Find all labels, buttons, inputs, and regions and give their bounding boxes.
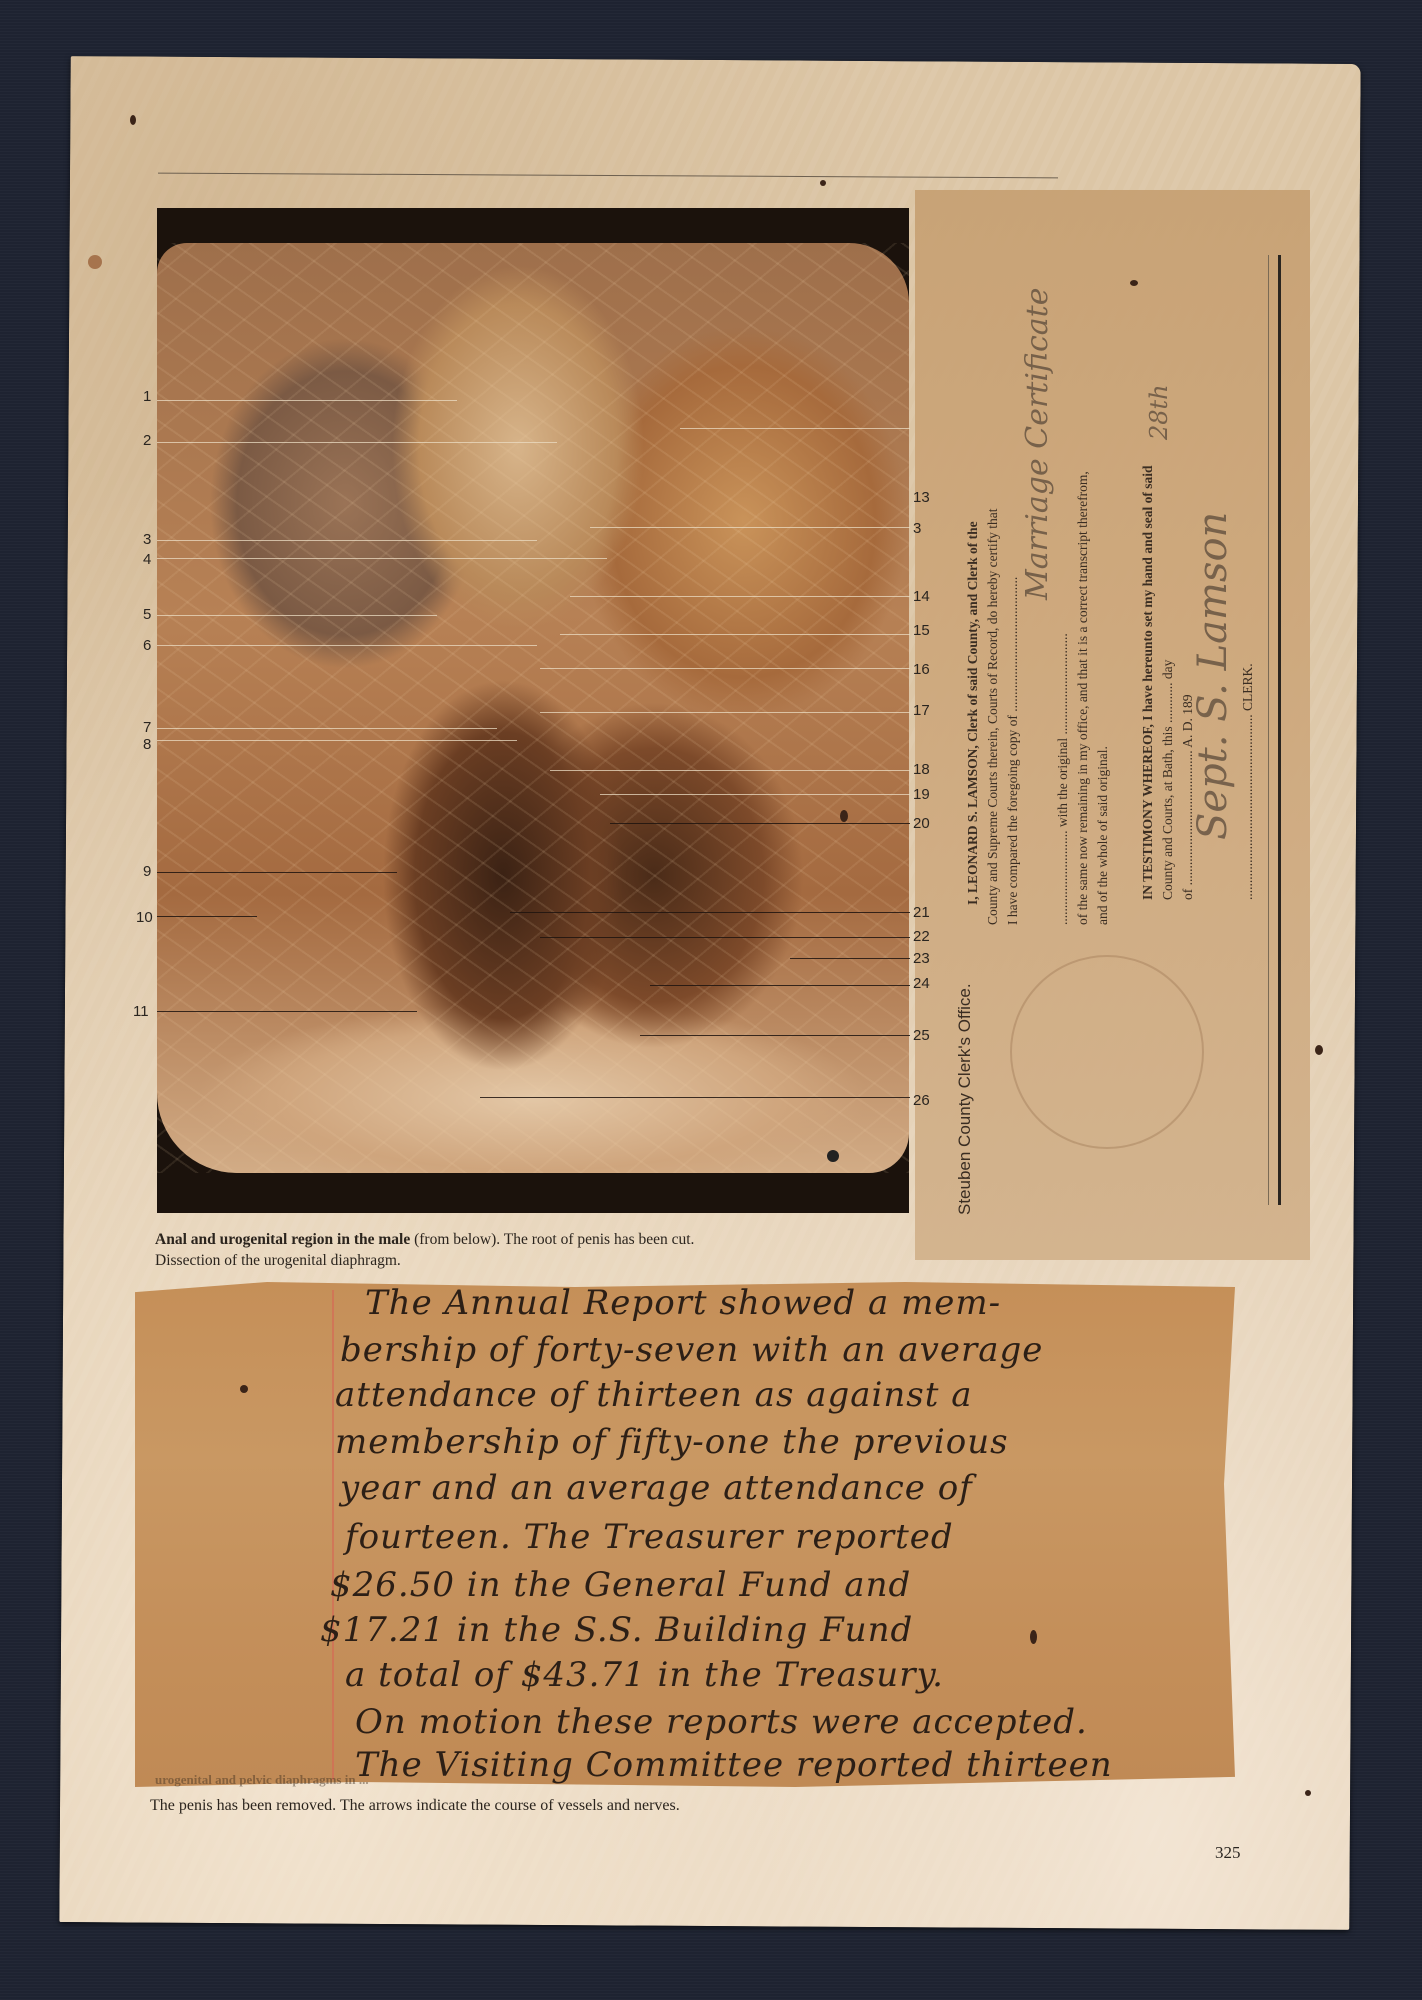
label-number: 6 [143, 638, 151, 653]
leader-line-24 [650, 985, 910, 986]
label-number: 18 [913, 762, 930, 777]
leader-line-3 [157, 540, 537, 541]
leader-line-22 [540, 937, 910, 938]
certificate-line-1: I, LEONARD S. LAMSON, Clerk of said Coun… [965, 521, 981, 905]
handwritten-date: 28th [1145, 384, 1173, 440]
leader-line-3r [590, 527, 910, 528]
certificate-border-rule [1278, 255, 1281, 1205]
note-margin-line [332, 1290, 334, 1780]
label-number: 11 [133, 1004, 149, 1019]
caption-line-2: Dissection of the urogenital diaphragm. [155, 1251, 401, 1270]
leader-line-17 [540, 712, 910, 713]
label-number: 8 [143, 737, 151, 752]
resin-speck [1305, 1790, 1311, 1796]
certificate-line-3: I have compared the foregoing copy of ..… [1005, 577, 1021, 925]
label-number: 25 [913, 1028, 930, 1043]
leader-line-16 [540, 668, 910, 669]
leader-line-19 [600, 794, 910, 795]
label-number: 21 [913, 905, 930, 920]
bottom-caption: The penis has been removed. The arrows i… [150, 1796, 680, 1815]
note-line: bership of forty-seven with an average [340, 1330, 1043, 1370]
note-line: $17.21 in the S.S. Building Fund [320, 1610, 913, 1650]
label-number: 16 [913, 662, 930, 677]
label-number: 26 [913, 1093, 930, 1108]
certificate-border-rule-thin [1268, 255, 1269, 1205]
label-number: 19 [913, 787, 930, 802]
page-number: 325 [1215, 1843, 1241, 1863]
label-number: 14 [913, 589, 930, 604]
leader-line-9 [157, 872, 397, 873]
dissection-tissue [157, 243, 909, 1173]
leader-line-8 [157, 740, 517, 741]
label-number: 5 [143, 607, 151, 622]
label-number: 3 [913, 521, 921, 536]
certificate-line-5: of the same now remaining in my office, … [1075, 471, 1091, 925]
note-line: membership of fifty-one the previous [335, 1422, 1009, 1462]
note-line: The Visiting Committee reported thirteen [355, 1745, 1113, 1785]
certificate-line-2: County and Supreme Courts therein, Court… [985, 508, 1001, 925]
resin-speck [1130, 280, 1138, 286]
leader-line-23 [790, 958, 910, 959]
leader-line-13 [680, 428, 910, 429]
note-line: fourteen. The Treasurer reported [345, 1517, 954, 1557]
leader-line-21 [510, 912, 910, 913]
leader-line-25 [640, 1035, 910, 1036]
resin-speck [130, 115, 136, 125]
leader-line-7 [157, 728, 497, 729]
leader-line-15 [560, 634, 910, 635]
certificate-line-8: County and Courts, at Bath, this .......… [1160, 660, 1176, 900]
label-number: 23 [913, 951, 930, 966]
leader-line-4 [157, 558, 607, 559]
note-line: year and an average attendance of [340, 1468, 973, 1508]
label-number: 20 [913, 816, 930, 831]
anatomy-dissection-photo [157, 208, 909, 1213]
leader-line-11 [157, 1011, 417, 1012]
figure-caption: Anal and urogenital region in the male (… [155, 1230, 694, 1249]
certificate-testimony: IN TESTIMONY WHEREOF, I have hereunto se… [1140, 466, 1156, 900]
label-number: 7 [143, 720, 151, 735]
label-number: 24 [913, 976, 930, 991]
label-number: 1 [143, 389, 151, 404]
obscured-caption: urogenital and pelvic diaphragms in ... [155, 1770, 369, 1789]
note-line: attendance of thirteen as against a [335, 1375, 972, 1415]
leader-line-14 [570, 596, 910, 597]
handwritten-document-name: Marriage Certificate [1020, 288, 1055, 600]
label-number: 10 [136, 910, 153, 925]
handwritten-signature: Sept. S. Lamson [1190, 512, 1236, 840]
label-number: 13 [913, 490, 930, 505]
leader-line-18 [550, 770, 910, 771]
label-number: 4 [143, 552, 151, 567]
certificate-clerk-line: ........................................… [1240, 663, 1256, 900]
label-number: 2 [143, 433, 151, 448]
note-line: $26.50 in the General Fund and [330, 1565, 911, 1605]
leader-line-1 [157, 400, 457, 401]
resin-speck [1030, 1630, 1037, 1644]
label-number: 15 [913, 623, 930, 638]
leader-line-10 [157, 916, 257, 917]
note-line: On motion these reports were accepted. [355, 1702, 1088, 1742]
resin-speck [827, 1150, 839, 1162]
label-number: 17 [913, 703, 930, 718]
leader-line-2 [157, 442, 557, 443]
certificate-line-4: ............................ with the or… [1055, 633, 1071, 925]
resin-speck [840, 810, 848, 822]
certificate-line-6: and of the whole of said original. [1095, 746, 1111, 925]
label-number: 22 [913, 929, 930, 944]
caption-text: (from below). The root of penis has been… [410, 1231, 694, 1248]
note-line: a total of $43.71 in the Treasury. [345, 1655, 944, 1695]
leader-line-6 [157, 645, 537, 646]
caption-title: Anal and urogenital region in the male [155, 1231, 410, 1248]
leader-line-26 [480, 1097, 910, 1098]
label-number: 9 [143, 864, 151, 879]
resin-speck [240, 1385, 248, 1393]
certificate-office: Steuben County Clerk's Office. [955, 983, 975, 1215]
label-number: 3 [143, 532, 151, 547]
leader-line-5 [157, 615, 437, 616]
resin-speck [820, 180, 826, 186]
resin-speck [88, 255, 102, 269]
resin-speck [1315, 1045, 1323, 1055]
note-line: The Annual Report showed a mem- [365, 1283, 1001, 1323]
seal-stamp [1010, 955, 1204, 1149]
leader-line-20 [610, 823, 910, 824]
